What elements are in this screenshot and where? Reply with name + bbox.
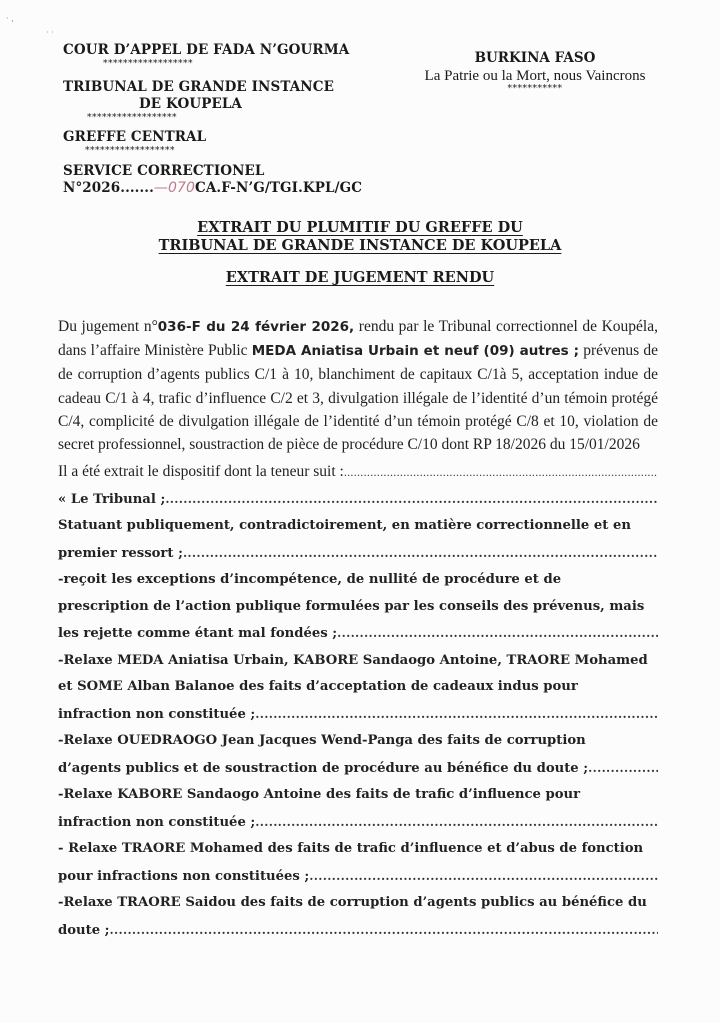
separator-stars: ****************** [103,59,193,69]
statuant-line-1: Statuant publiquement, contradictoiremen… [58,513,658,540]
greffe-central: GREFFE CENTRAL [63,129,206,145]
court-of-appeal: COUR D’APPEL DE FADA N’GOURMA [63,42,349,58]
relaxe-5-line-2: doute ; [58,917,658,945]
statuant-line-2: premier ressort ; [58,540,658,568]
extract-line: Il a été extrait le dispositif dont la t… [58,459,658,486]
main-title-line-2: TRIBUNAL DE GRANDE INSTANCE DE KOUPELA [0,237,720,255]
dot-leader [309,863,658,890]
scan-artifact: · ‚ [6,14,14,23]
dot-leader [255,809,658,836]
dot-leader [165,486,658,513]
dispositif-section: Il a été extrait le dispositif dont la t… [58,459,658,944]
document-title-block: EXTRAIT DU PLUMITIF DU GREFFE DU TRIBUNA… [0,219,720,287]
relaxe-3-line-2: infraction non constituée ; [58,809,658,837]
reference-number: N°2026.......—070CA.F-N’G/TGI.KPL/GC [63,180,362,196]
relaxe-1-line-2: et SOME Alban Balanoe des faits d’accept… [58,674,658,701]
dot-leader [344,459,658,486]
judgment-number-date: 036-F du 24 février 2026, [158,319,354,335]
relaxe-5-line-1: -Relaxe TRAORE Saidou des faits de corru… [58,890,658,917]
document-body: Du jugement n°036-F du 24 février 2026, … [58,315,658,944]
tribunal-name-line-1: TRIBUNAL DE GRANDE INSTANCE [63,79,334,95]
reference-suffix: CA.F-N’G/TGI.KPL/GC [195,180,362,196]
national-motto: La Patrie ou la Mort, nous Vaincrons [400,67,670,85]
service-name: SERVICE CORRECTIONEL [63,163,265,179]
intro-text: Du jugement n° [58,318,158,335]
separator-stars: *********** [400,85,670,94]
subtitle: EXTRAIT DE JUGEMENT RENDU [0,269,720,287]
main-title-line-1: EXTRAIT DU PLUMITIF DU GREFFE DU [0,219,720,237]
exceptions-line-2: prescription de l’action publique formul… [58,594,658,621]
relaxe-1-line-1: -Relaxe MEDA Aniatisa Urbain, KABORE San… [58,648,658,675]
scan-artifact: · · [46,28,54,37]
relaxe-2-line-1: -Relaxe OUEDRAOGO Jean Jacques Wend-Pang… [58,728,658,755]
separator-stars: ****************** [85,146,175,156]
dot-leader [183,540,658,567]
judgment-intro-paragraph: Du jugement n°036-F du 24 février 2026, … [58,315,658,456]
case-parties: MEDA Aniatisa Urbain et neuf (09) autres… [252,343,579,359]
exceptions-line-3: les rejette comme étant mal fondées ; [58,620,658,648]
dot-leader [110,917,658,944]
relaxe-3-line-1: -Relaxe KABORE Sandaogo Antoine des fait… [58,782,658,809]
tribunal-name-line-2: DE KOUPELA [139,96,242,112]
tribunal-open-line: « Le Tribunal ; [58,486,658,514]
relaxe-4-line-1: - Relaxe TRAORE Mohamed des faits de tra… [58,836,658,863]
dot-leader [337,620,658,647]
country-header: BURKINA FASO La Patrie ou la Mort, nous … [400,50,670,94]
reference-prefix: N°2026....... [63,180,154,196]
separator-stars: ****************** [87,113,177,123]
document-page: · ‚ · · COUR D’APPEL DE FADA N’GOURMA **… [0,0,720,1023]
relaxe-1-line-3: infraction non constituée ; [58,701,658,729]
relaxe-4-line-2: pour infractions non constituées ; [58,863,658,891]
handwritten-number: —070 [154,180,195,196]
relaxe-2-line-2: d’agents publics et de soustraction de p… [58,755,658,783]
dot-leader [588,755,658,782]
country-name: BURKINA FASO [400,50,670,67]
exceptions-line-1: -reçoit les exceptions d’incompétence, d… [58,567,658,594]
dot-leader [255,701,658,728]
